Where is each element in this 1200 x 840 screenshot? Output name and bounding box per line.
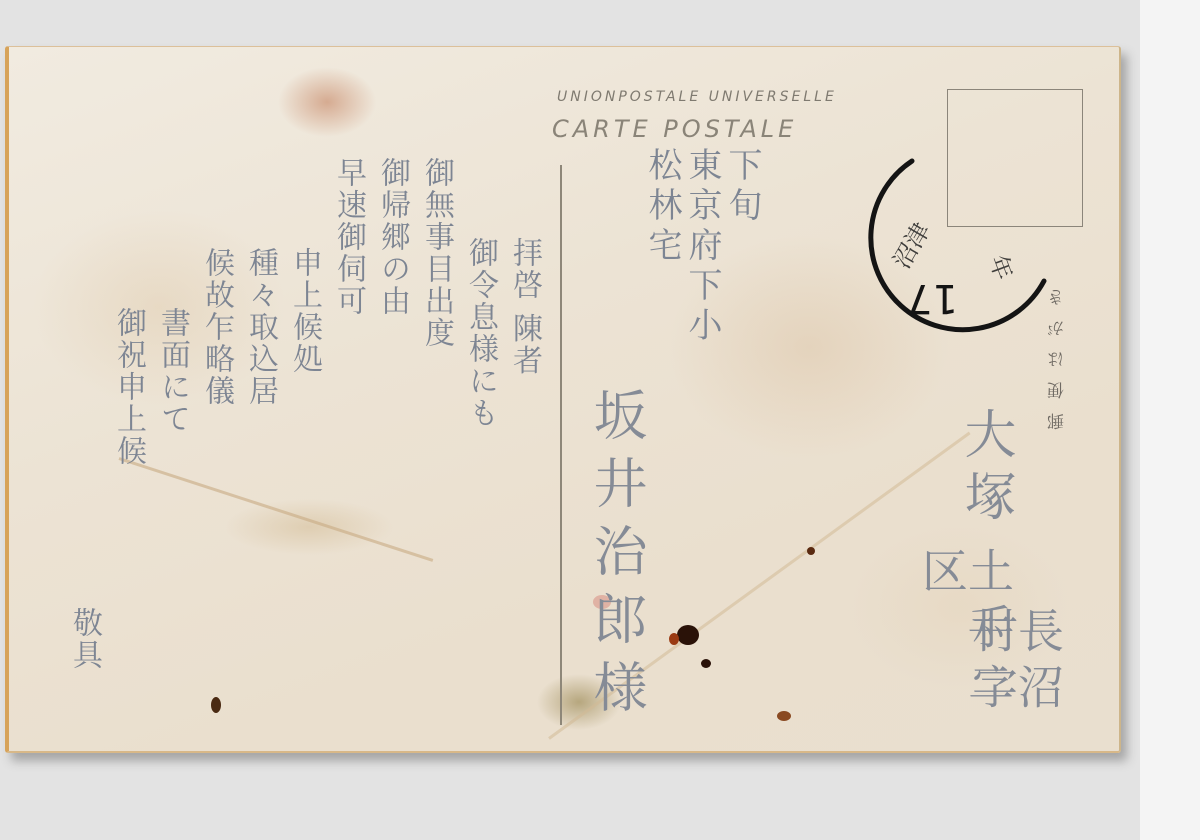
- message-line: 種々取込居: [245, 247, 275, 407]
- recipient-address-line: 土手二区: [919, 547, 1011, 751]
- page-margin: [1140, 0, 1200, 840]
- message-line: 候故乍略儀: [201, 247, 231, 407]
- ink-stain: [669, 633, 679, 645]
- ink-stain: [211, 697, 221, 713]
- union-postale-text: UNIONPOSTALE UNIVERSELLE: [557, 89, 837, 105]
- sender-address-line: 下旬: [725, 147, 759, 227]
- message-line: 御令息様にも: [465, 237, 495, 429]
- message-line: 早速御伺可: [333, 157, 363, 317]
- ink-stain: [677, 625, 699, 645]
- message-line: 御無事目出度: [421, 157, 451, 349]
- ink-stain: [807, 547, 815, 555]
- message-line: 拝啓 陳者: [509, 237, 539, 377]
- message-line: 御祝申上候: [113, 307, 143, 467]
- postmark-icon: 17 沼津 年: [852, 155, 1048, 351]
- address-message-divider: [560, 165, 562, 725]
- message-line: 申上候処: [289, 247, 319, 375]
- ink-stain: [777, 711, 791, 721]
- svg-text:年: 年: [984, 251, 1019, 283]
- sender-address-line: 松林宅: [645, 147, 679, 267]
- carte-postale-title: CARTE POSTALE: [552, 115, 797, 143]
- ink-stain: [701, 659, 711, 668]
- message-line: 書面にて: [157, 307, 187, 435]
- message-line: 敬具: [69, 607, 99, 671]
- sender-address-line: 東京府下小: [685, 147, 719, 347]
- message-line: 御帰郷の由: [377, 157, 407, 317]
- crease-mark: [119, 457, 434, 562]
- svg-text:沼津: 沼津: [888, 218, 936, 274]
- yubin-hagaki-label: 郵便はがき: [1045, 275, 1070, 430]
- svg-text:17: 17: [907, 275, 958, 321]
- recipient-name: 坂井治郎様: [589, 387, 643, 727]
- recipient-address-line: 大塚: [959, 407, 1011, 531]
- postcard: UNIONPOSTALE UNIVERSELLE CARTE POSTALE 1…: [5, 46, 1121, 753]
